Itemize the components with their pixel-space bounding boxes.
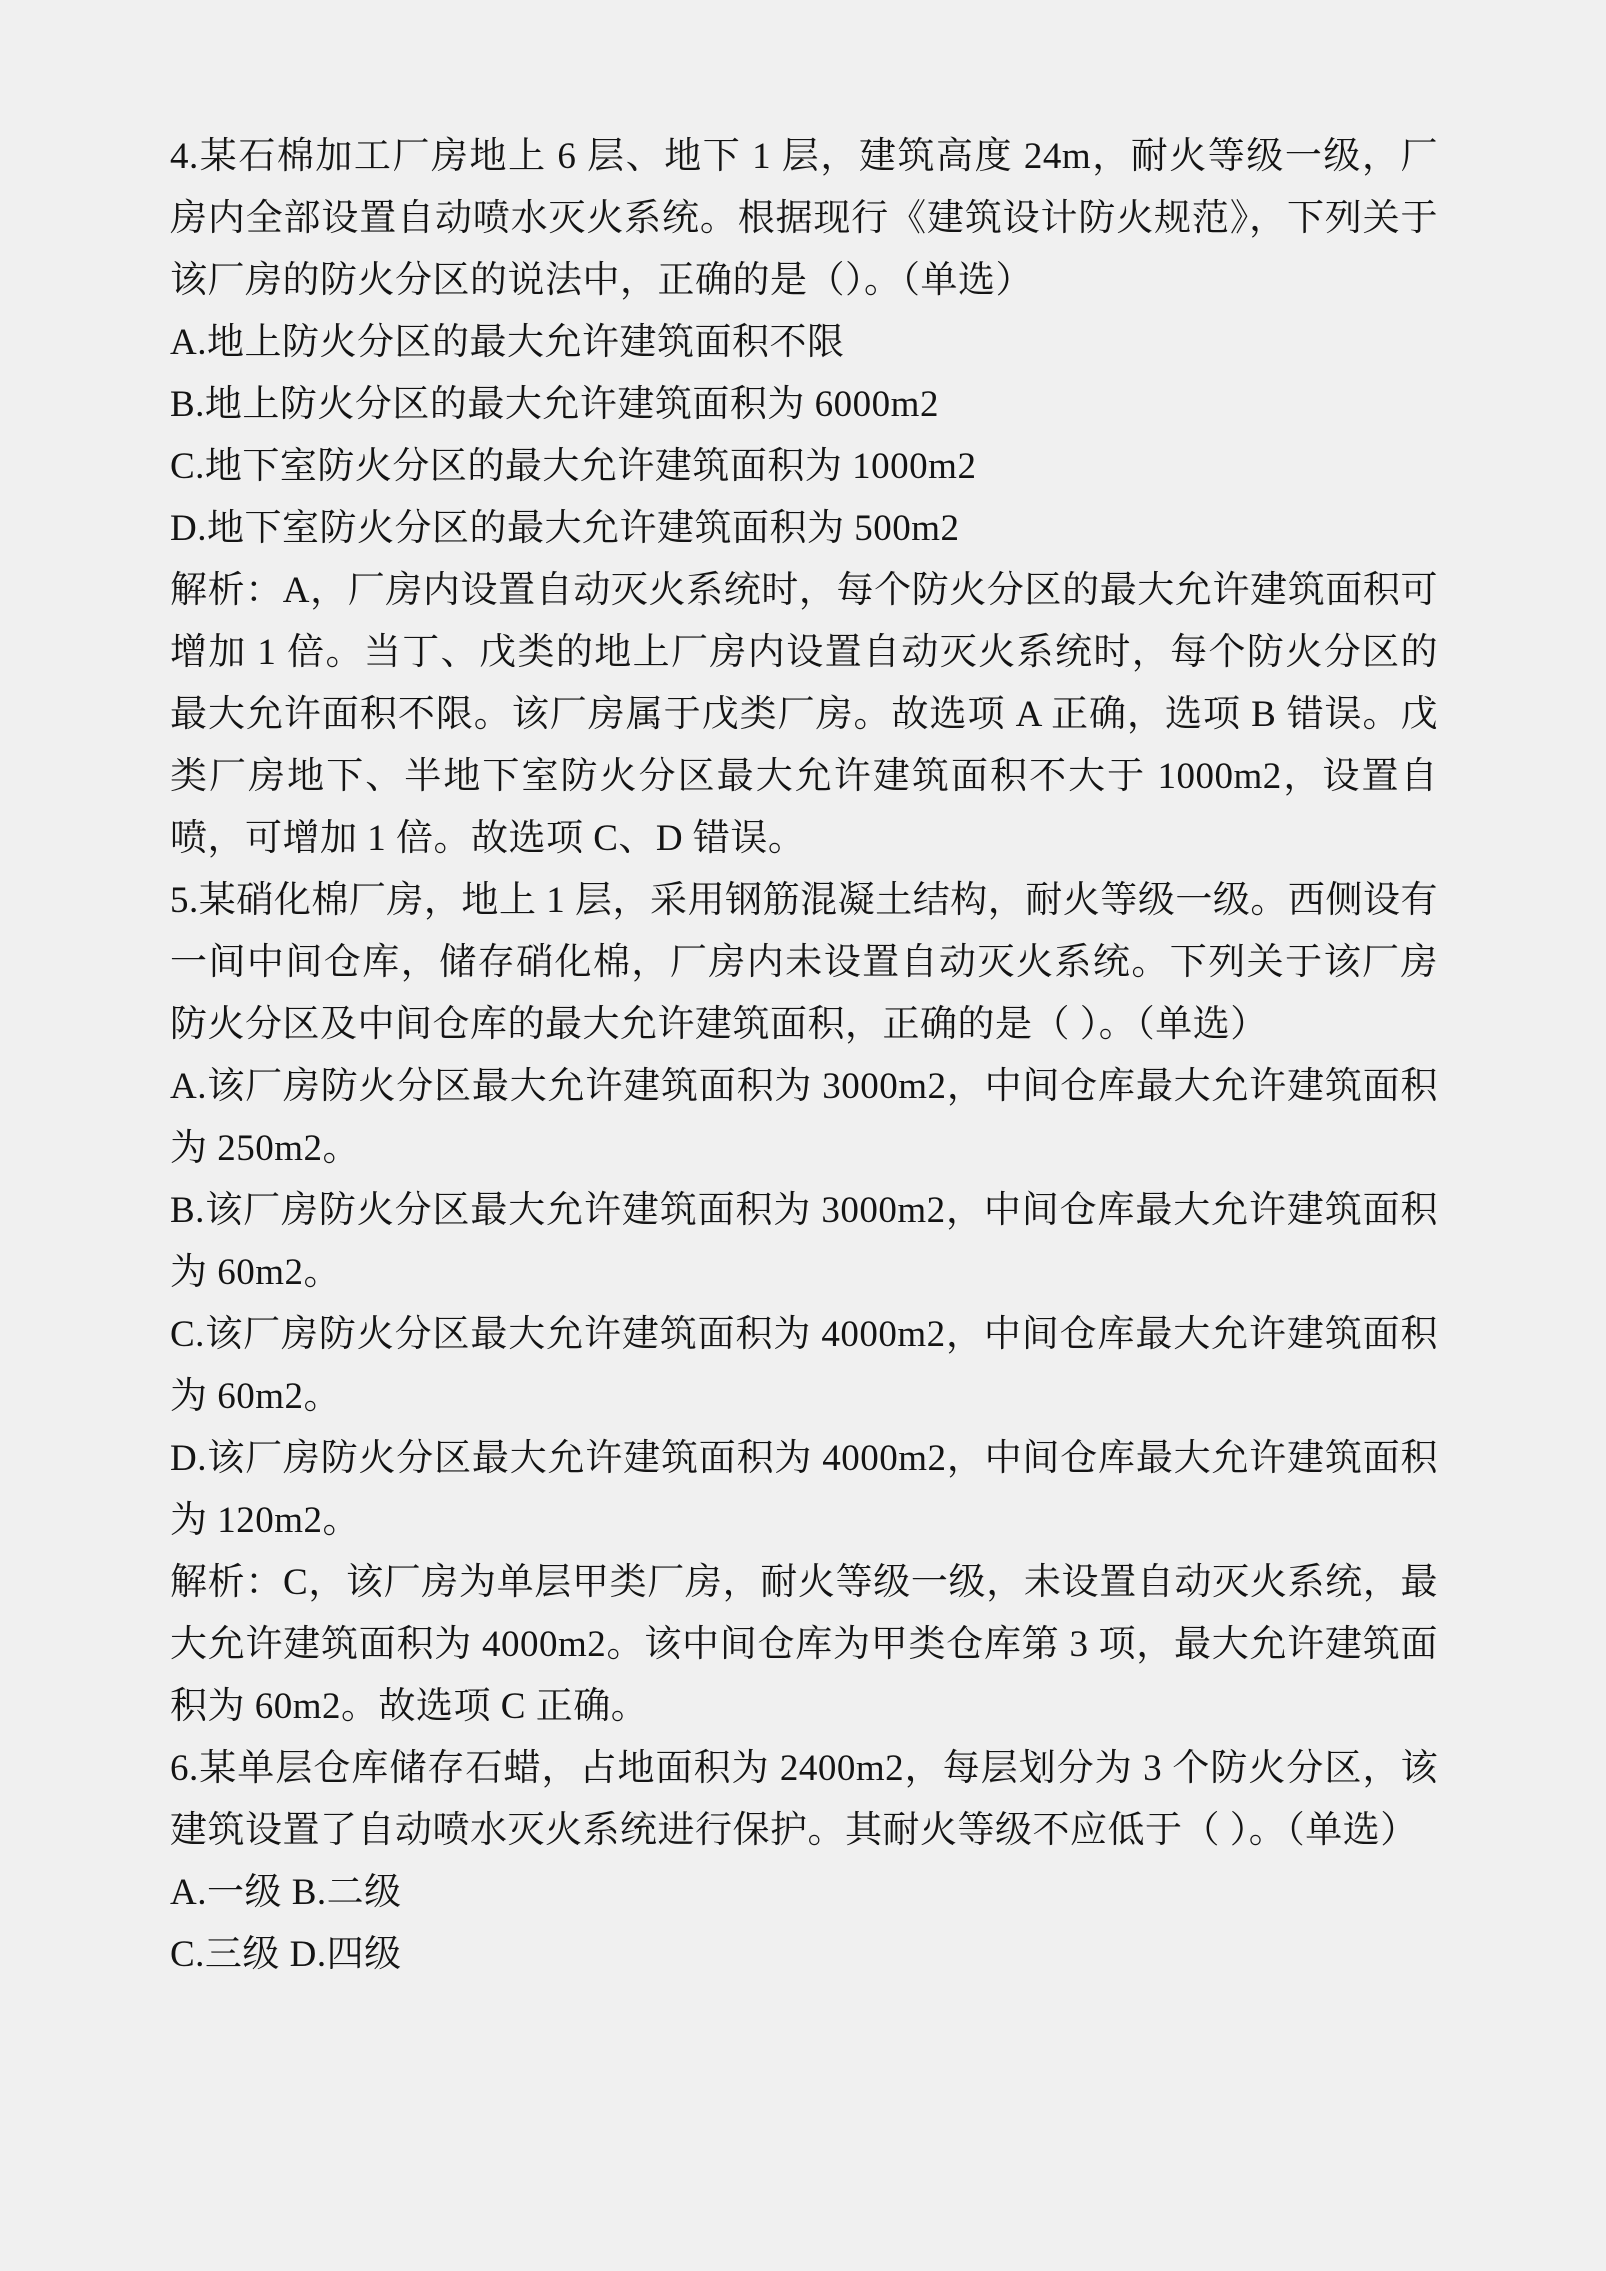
question-6-options-row-ab: A.一级 B.二级: [170, 1862, 1438, 1924]
question-5-option-b: B.该厂房防火分区最大允许建筑面积为 3000m2，中间仓库最大允许建筑面积为 …: [170, 1180, 1438, 1304]
document-page: 4.某石棉加工厂房地上 6 层、地下 1 层，建筑高度 24m，耐火等级一级，厂…: [0, 0, 1606, 2271]
question-4-option-c: C.地下室防火分区的最大允许建筑面积为 1000m2: [170, 436, 1438, 498]
question-5-analysis: 解析：C，该厂房为单层甲类厂房，耐火等级一级，未设置自动灭火系统，最大允许建筑面…: [170, 1552, 1438, 1738]
document-content: 4.某石棉加工厂房地上 6 层、地下 1 层，建筑高度 24m，耐火等级一级，厂…: [170, 126, 1438, 1986]
question-4: 4.某石棉加工厂房地上 6 层、地下 1 层，建筑高度 24m，耐火等级一级，厂…: [170, 126, 1438, 870]
question-4-option-d: D.地下室防火分区的最大允许建筑面积为 500m2: [170, 498, 1438, 560]
question-4-stem: 4.某石棉加工厂房地上 6 层、地下 1 层，建筑高度 24m，耐火等级一级，厂…: [170, 126, 1438, 312]
question-5-option-d: D.该厂房防火分区最大允许建筑面积为 4000m2，中间仓库最大允许建筑面积为 …: [170, 1428, 1438, 1552]
question-5-stem: 5.某硝化棉厂房，地上 1 层，采用钢筋混凝土结构，耐火等级一级。西侧设有一间中…: [170, 870, 1438, 1056]
question-5: 5.某硝化棉厂房，地上 1 层，采用钢筋混凝土结构，耐火等级一级。西侧设有一间中…: [170, 870, 1438, 1738]
question-6: 6.某单层仓库储存石蜡，占地面积为 2400m2，每层划分为 3 个防火分区，该…: [170, 1738, 1438, 1986]
question-5-option-a: A.该厂房防火分区最大允许建筑面积为 3000m2，中间仓库最大允许建筑面积为 …: [170, 1056, 1438, 1180]
question-6-stem: 6.某单层仓库储存石蜡，占地面积为 2400m2，每层划分为 3 个防火分区，该…: [170, 1738, 1438, 1862]
question-6-options-row-cd: C.三级 D.四级: [170, 1924, 1438, 1986]
question-4-option-a: A.地上防火分区的最大允许建筑面积不限: [170, 312, 1438, 374]
question-5-option-c: C.该厂房防火分区最大允许建筑面积为 4000m2，中间仓库最大允许建筑面积为 …: [170, 1304, 1438, 1428]
question-4-option-b: B.地上防火分区的最大允许建筑面积为 6000m2: [170, 374, 1438, 436]
question-4-analysis: 解析：A，厂房内设置自动灭火系统时，每个防火分区的最大允许建筑面积可增加 1 倍…: [170, 560, 1438, 870]
